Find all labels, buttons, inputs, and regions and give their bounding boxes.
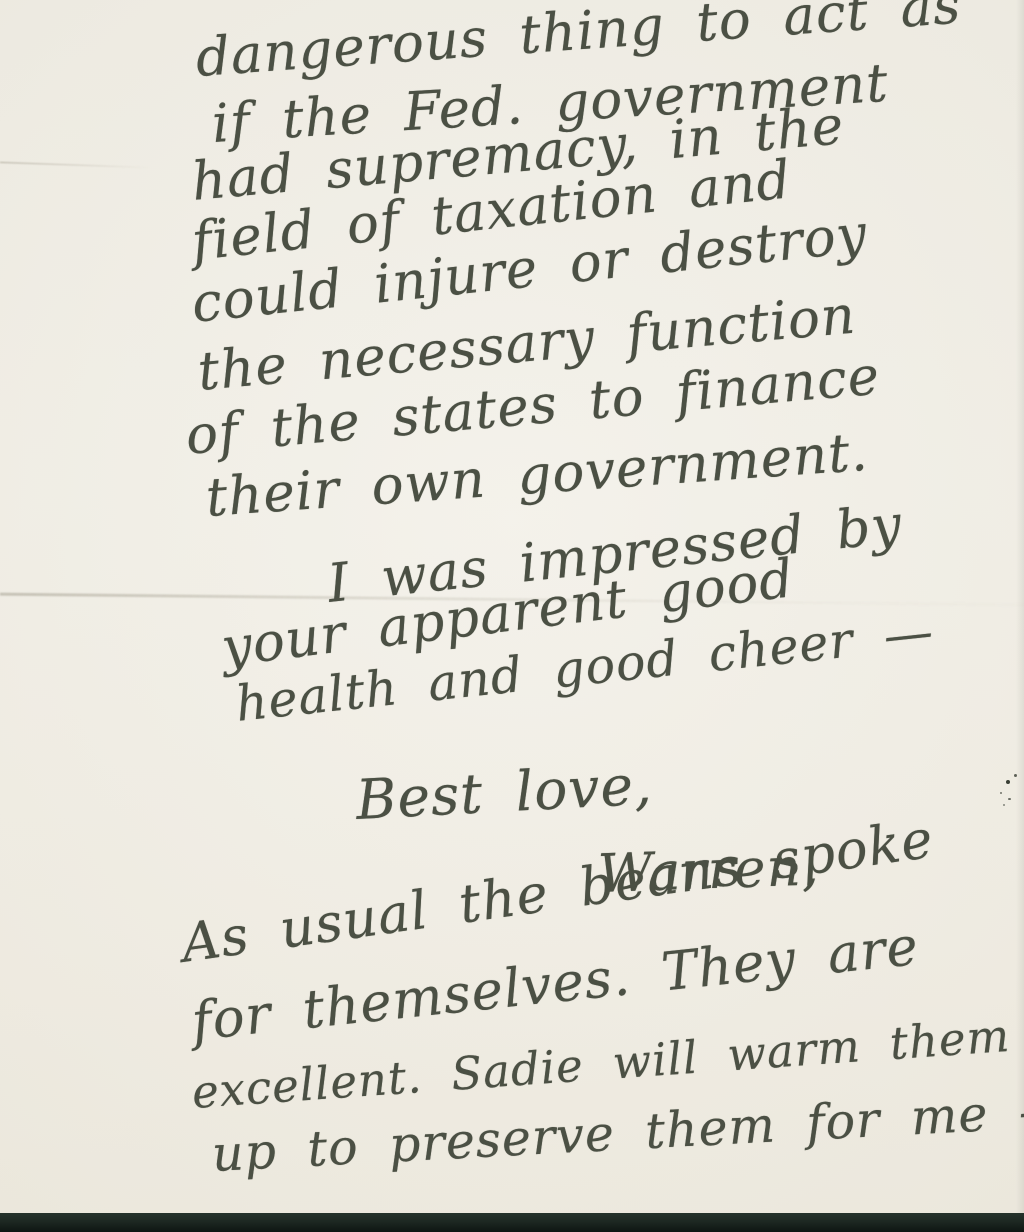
mat-strip [0, 1213, 1024, 1232]
ink-speck [1008, 798, 1011, 800]
ink-speck [1000, 792, 1002, 794]
letter-scan: dangerous thing to act as if the Fed. go… [0, 0, 1024, 1232]
ink-speck [1006, 780, 1010, 784]
ink-speck [1014, 774, 1017, 777]
ink-speck [1003, 804, 1005, 806]
scan-edge-shadow [1016, 0, 1024, 1213]
